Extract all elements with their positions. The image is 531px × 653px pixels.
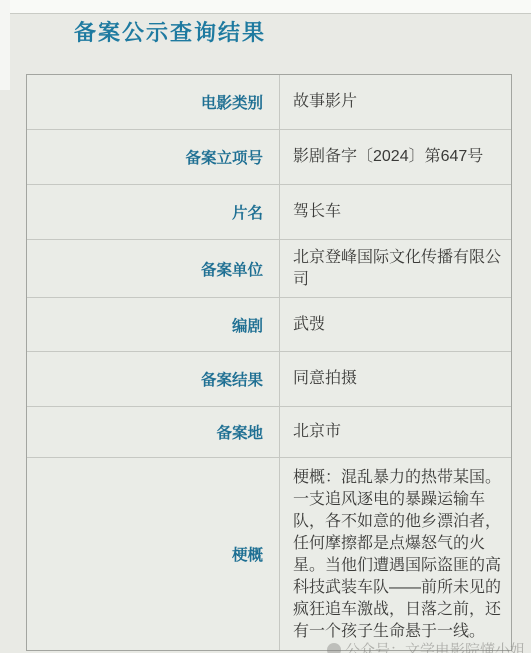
row-label: 备案地 bbox=[27, 407, 280, 457]
row-value: 驾长车 bbox=[280, 185, 511, 239]
page-title: 备案公示查询结果 bbox=[74, 16, 266, 47]
top-left-highlight bbox=[0, 0, 10, 90]
top-band bbox=[0, 0, 531, 14]
row-value: 北京登峰国际文化传播有限公司 bbox=[280, 240, 511, 297]
table-row-filing-result: 备案结果 同意拍摄 bbox=[27, 352, 511, 407]
row-value: 北京市 bbox=[280, 407, 511, 457]
watermark: 公众号：文学电影院懂小姐 bbox=[327, 639, 525, 653]
row-value: 梗概：混乱暴力的热带某国。一支追风逐电的暴躁运输车队，各不如意的他乡漂泊者，任何… bbox=[280, 458, 511, 650]
table-row-synopsis: 梗概 梗概：混乱暴力的热带某国。一支追风逐电的暴躁运输车队，各不如意的他乡漂泊者… bbox=[27, 458, 511, 650]
row-label: 梗概 bbox=[27, 458, 280, 650]
row-value: 故事影片 bbox=[280, 75, 511, 129]
row-value: 影剧备字〔2024〕第647号 bbox=[280, 130, 511, 184]
table-row-film-title: 片名 驾长车 bbox=[27, 185, 511, 240]
row-label: 片名 bbox=[27, 185, 280, 239]
row-label: 备案结果 bbox=[27, 352, 280, 406]
wechat-official-account-icon bbox=[327, 643, 341, 653]
row-value: 武弢 bbox=[280, 298, 511, 351]
row-label: 备案单位 bbox=[27, 240, 280, 297]
row-label: 电影类别 bbox=[27, 75, 280, 129]
table-row-filing-place: 备案地 北京市 bbox=[27, 407, 511, 458]
table-row-filing-unit: 备案单位 北京登峰国际文化传播有限公司 bbox=[27, 240, 511, 298]
row-label: 备案立项号 bbox=[27, 130, 280, 184]
table-row-screenwriter: 编剧 武弢 bbox=[27, 298, 511, 352]
table-row-filing-number: 备案立项号 影剧备字〔2024〕第647号 bbox=[27, 130, 511, 185]
row-value: 同意拍摄 bbox=[280, 352, 511, 406]
filing-info-table: 电影类别 故事影片 备案立项号 影剧备字〔2024〕第647号 片名 驾长车 备… bbox=[26, 74, 512, 651]
watermark-text: 公众号：文学电影院懂小姐 bbox=[345, 639, 525, 653]
query-result-page: 备案公示查询结果 电影类别 故事影片 备案立项号 影剧备字〔2024〕第647号… bbox=[0, 0, 531, 653]
table-row-film-category: 电影类别 故事影片 bbox=[27, 75, 511, 130]
row-label: 编剧 bbox=[27, 298, 280, 351]
